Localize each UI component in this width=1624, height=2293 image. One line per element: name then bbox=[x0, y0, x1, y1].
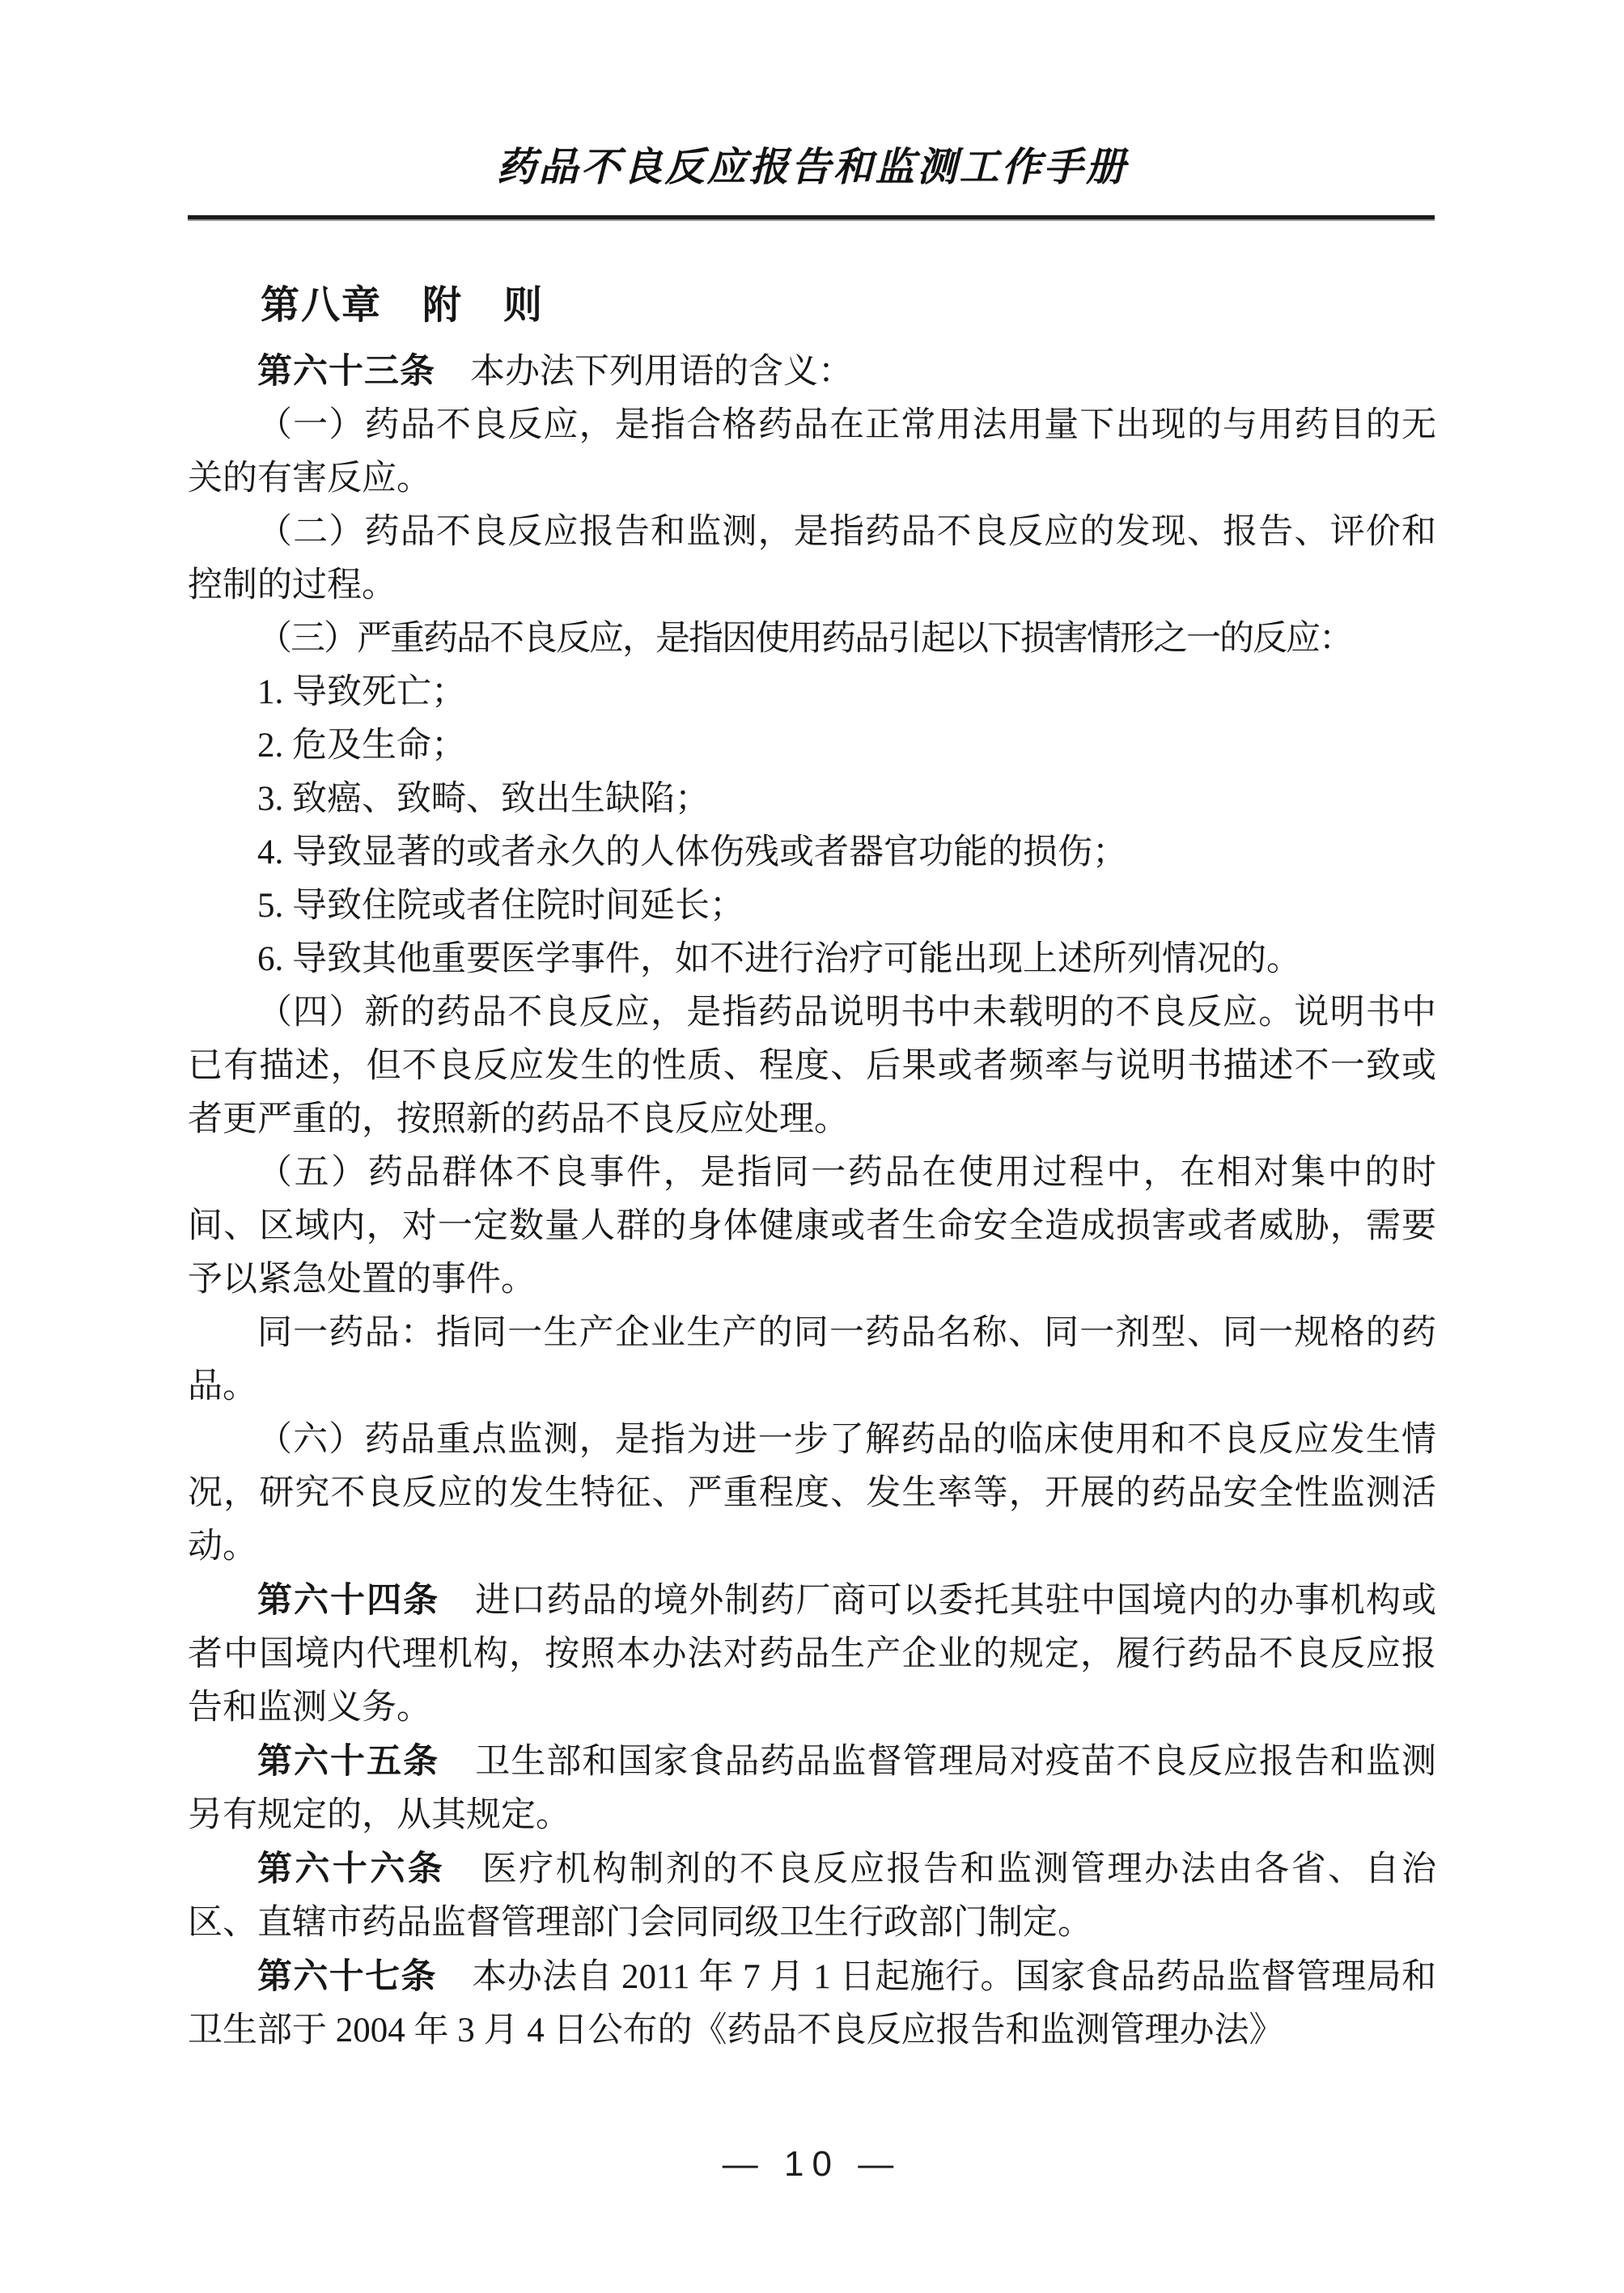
paragraph: 同一药品：指同一生产企业生产的同一药品名称、同一剂型、同一规格的药品。 bbox=[188, 1307, 1436, 1414]
paragraph: 第六十五条 卫生部和国家食品药品监督管理局对疫苗不良反应报告和监测另有规定的，从… bbox=[188, 1735, 1436, 1842]
paragraph: （五）药品群体不良事件，是指同一药品在使用过程中，在相对集中的时间、区域内，对一… bbox=[188, 1146, 1436, 1307]
paragraph: 5. 导致住院或者住院时间延长； bbox=[188, 879, 1436, 933]
article-number: 第六十三条 bbox=[257, 352, 435, 391]
page-header: 药品不良反应报告和监测工作手册 bbox=[188, 136, 1436, 193]
paragraph: （三）严重药品不良反应，是指因使用药品引起以下损害情形之一的反应： bbox=[188, 612, 1436, 666]
document-body: 第八章 附 则 第六十三条 本办法下列用语的含义： （一）药品不良反应，是指合格… bbox=[188, 273, 1436, 2058]
paragraph: （二）药品不良反应报告和监测，是指药品不良反应的发现、报告、评价和控制的过程。 bbox=[188, 506, 1436, 612]
paragraph: 第六十三条 本办法下列用语的含义： bbox=[188, 345, 1436, 399]
paragraph: 第六十七条 本办法自 2011 年 7 月 1 日起施行。国家食品药品监督管理局… bbox=[188, 1950, 1436, 2058]
paragraph: 第六十四条 进口药品的境外制药厂商可以委托其驻中国境内的办事机构或者中国境内代理… bbox=[188, 1574, 1436, 1735]
page-footer: — 10 — bbox=[0, 2144, 1624, 2185]
chapter-title: 第八章 附 则 bbox=[188, 273, 1436, 338]
running-head-title: 药品不良反应报告和监测工作手册 bbox=[496, 146, 1127, 189]
paragraph: 4. 导致显著的或者永久的人体伤残或者器官功能的损伤； bbox=[188, 826, 1436, 879]
paragraph: （一）药品不良反应，是指合格药品在正常用法用量下出现的与用药目的无关的有害反应。 bbox=[188, 399, 1436, 506]
paragraph: 2. 危及生命； bbox=[188, 719, 1436, 773]
article-number: 第六十七条 bbox=[257, 1957, 437, 1996]
paragraph: （四）新的药品不良反应，是指药品说明书中未载明的不良反应。说明书中已有描述，但不… bbox=[188, 986, 1436, 1146]
page-number: — 10 — bbox=[723, 2144, 901, 2184]
paragraph: 1. 导致死亡； bbox=[188, 666, 1436, 719]
paragraph: （六）药品重点监测，是指为进一步了解药品的临床使用和不良反应发生情况，研究不良反… bbox=[188, 1414, 1436, 1574]
paragraph: 第六十六条 医疗机构制剂的不良反应报告和监测管理办法由各省、自治区、直辖市药品监… bbox=[188, 1842, 1436, 1950]
paragraph: 3. 致癌、致畸、致出生缺陷； bbox=[188, 773, 1436, 826]
article-number: 第六十四条 bbox=[257, 1581, 439, 1620]
header-rule bbox=[188, 215, 1435, 221]
document-paragraphs: 第六十三条 本办法下列用语的含义： （一）药品不良反应，是指合格药品在正常用法用… bbox=[188, 345, 1436, 2058]
article-number: 第六十六条 bbox=[257, 1850, 445, 1888]
article-number: 第六十五条 bbox=[257, 1742, 439, 1781]
paragraph: 6. 导致其他重要医学事件，如不进行治疗可能出现上述所列情况的。 bbox=[188, 933, 1436, 986]
